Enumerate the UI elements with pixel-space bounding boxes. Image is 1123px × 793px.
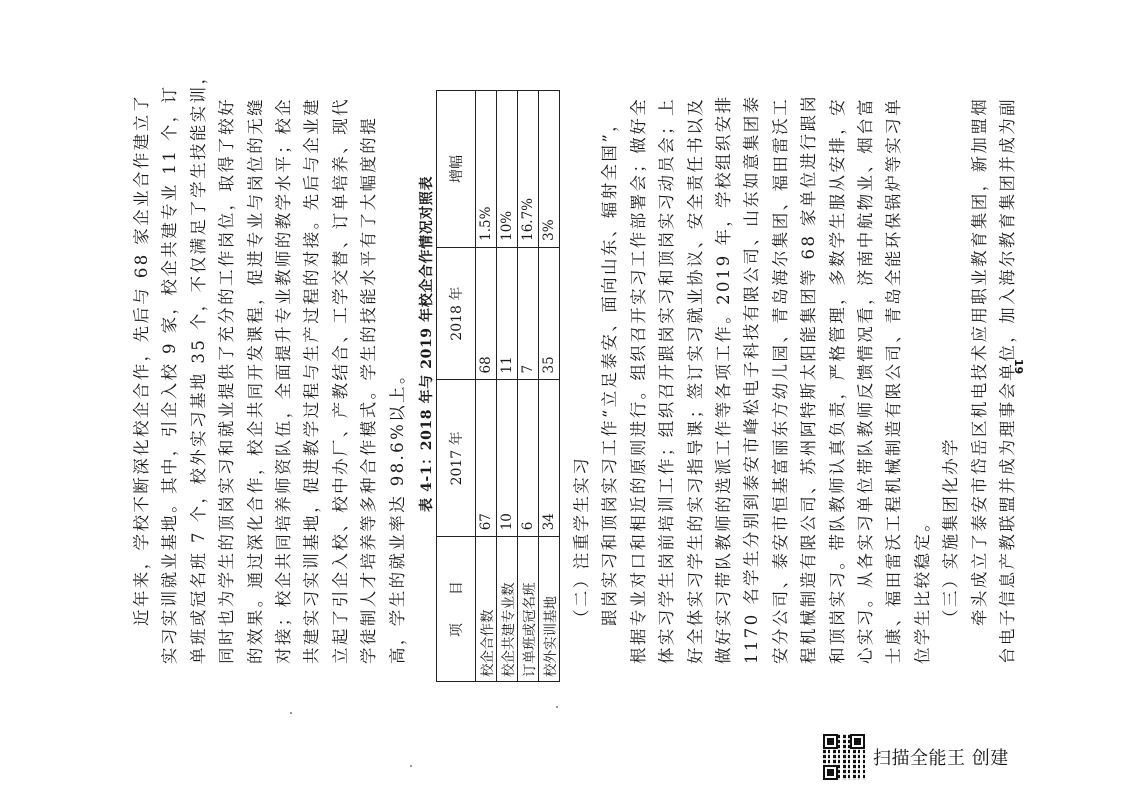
paragraph-line: 立起了引企入校、校中办厂、产教结合、工学交替、订单培养、现代 [327, 97, 351, 664]
table-row: 校外实训基地34353% [539, 91, 560, 682]
paragraph-line: 位学生比较稳定。 [909, 513, 933, 664]
table-row: 校企共建专业数101110% [497, 91, 518, 682]
cooperation-comparison-table: 项 目2017 年2018 年增幅校企合作数67681.5%校企共建专业数101… [436, 90, 560, 682]
value-cell: 10% [497, 91, 518, 248]
section-heading: （二）注重学生实习 [568, 456, 592, 626]
value-cell: 11 [497, 247, 518, 380]
paragraph-line: 做好实习带队教师的选派工作等各项工作。2019 年，学校组织安排 [710, 94, 734, 664]
row-label-cell: 订单班或冠名班 [518, 537, 539, 682]
paragraph-line: 体实习学生岗前培训工作；组织召开跟岗实习和顶岗实习动员会；上 [653, 97, 677, 664]
paragraph-line: 牵头成立了泰安市岱岳区机电技术应用职业教育集团，新加盟烟 [966, 97, 990, 626]
paragraph-line: 台电子信息产教联盟并成为理事会单位，加入海尔教育集团并成为副 [994, 97, 1018, 664]
page-number: 19 [1012, 359, 1025, 374]
scan-speck [410, 765, 412, 767]
table-caption: 表 4-1：2018 年与 2019 年校企合作情况对照表 [416, 176, 436, 512]
paragraph-line: 跟岗实习和顶岗实习工作“立足泰安、面向山东、辐射全国”， [596, 113, 620, 626]
value-cell: 7 [518, 247, 539, 380]
table-row: 订单班或冠名班6716.7% [518, 91, 539, 682]
paragraph-line: 近年来，学校不断深化校企合作，先后与 68 家企业合作建立了 [128, 94, 152, 627]
paragraph-line: 单班或冠名班 7 个，校外实习基地 35 个，不仅满足了学生技能实训， [185, 66, 209, 664]
row-label-cell: 校企共建专业数 [497, 537, 518, 682]
rotated-document-body: 近年来，学校不断深化校企合作，先后与 68 家企业合作建立了实习实训就业基地。其… [0, 0, 1123, 793]
paragraph-line: 安分公司、泰安市恒基富丽东方幼儿园、青岛海尔集团、福田雷沃工 [767, 97, 791, 664]
table-header-cell: 增幅 [437, 91, 476, 248]
camscanner-watermark: 扫描全能王 创建 [823, 734, 1009, 780]
paragraph-line: 实习实训就业基地。其中，引企入校 9 家，校企共建专业 11 个，订 [156, 84, 180, 664]
value-cell: 10 [497, 380, 518, 537]
paragraph-line: 共建实习实训基地，促进教学过程与生产过程的对接。先后与企业建 [298, 97, 322, 664]
value-cell: 1.5% [476, 91, 497, 248]
paragraph-line: 程机械制造有限公司、苏州阿特斯太阳能集团等 68 家单位进行跟岗 [795, 94, 819, 664]
table-header-cell: 项 目 [437, 537, 476, 682]
value-cell: 35 [539, 247, 560, 380]
scanned-page: 近年来，学校不断深化校企合作，先后与 68 家企业合作建立了实习实训就业基地。其… [0, 0, 1123, 793]
qr-code-icon [823, 734, 865, 780]
table-header-cell: 2018 年 [437, 247, 476, 380]
row-label-cell: 校外实训基地 [539, 537, 560, 682]
paragraph-line: 和顶岗实习。带队教师认真负责，严格管理，多数学生服从安排，安 [824, 97, 848, 664]
paragraph-line: 根据专业对口和相近的原则进行。组织召开实习工作部署会；做好全 [625, 97, 649, 664]
table-header-cell: 2017 年 [437, 380, 476, 537]
paragraph-line: 心实习。从各实习单位带队教师反馈情况看，济南中航物业、烟台富 [852, 97, 876, 664]
scan-speck [556, 706, 558, 708]
paragraph-line: 好全体实习学生的实习指导课；签订实习就业协议、安全责任书以及 [682, 97, 706, 664]
table-row: 校企合作数67681.5% [476, 91, 497, 682]
paragraph-line: 的效果。通过深化合作，校企共同开发课程，促进专业与岗位的无缝 [242, 97, 266, 664]
section-heading: （三）实施集团化办学 [937, 437, 961, 626]
table-header-row: 项 目2017 年2018 年增幅 [437, 91, 476, 682]
paragraph-line: 1170 名学生分别到泰安市峰松电子科技有限公司、山东如意集团泰 [738, 94, 762, 664]
paragraph-line: 士康、福田雷沃工程机械制造有限公司、青岛全能环保锅炉等实习单 [880, 97, 904, 664]
paragraph-line: 学徒制人才培养等多种合作模式。学生的技能水平有了大幅度的提 [355, 116, 379, 664]
paragraph-line: 高，学生的就业率达 98.6%以上。 [384, 365, 408, 664]
scan-speck [290, 712, 292, 714]
value-cell: 68 [476, 247, 497, 380]
paragraph-line: 同时也为学生的顶岗实习和就业提供了充分的工作岗位，取得了较好 [213, 97, 237, 664]
value-cell: 67 [476, 380, 497, 537]
watermark-text: 扫描全能王 创建 [873, 744, 1009, 770]
row-label-cell: 校企合作数 [476, 537, 497, 682]
paragraph-line: 对接；校企共同培养师资队伍，全面提升专业教师的教学水平；校企 [270, 97, 294, 664]
value-cell: 6 [518, 380, 539, 537]
value-cell: 16.7% [518, 91, 539, 248]
value-cell: 3% [539, 91, 560, 248]
value-cell: 34 [539, 380, 560, 537]
